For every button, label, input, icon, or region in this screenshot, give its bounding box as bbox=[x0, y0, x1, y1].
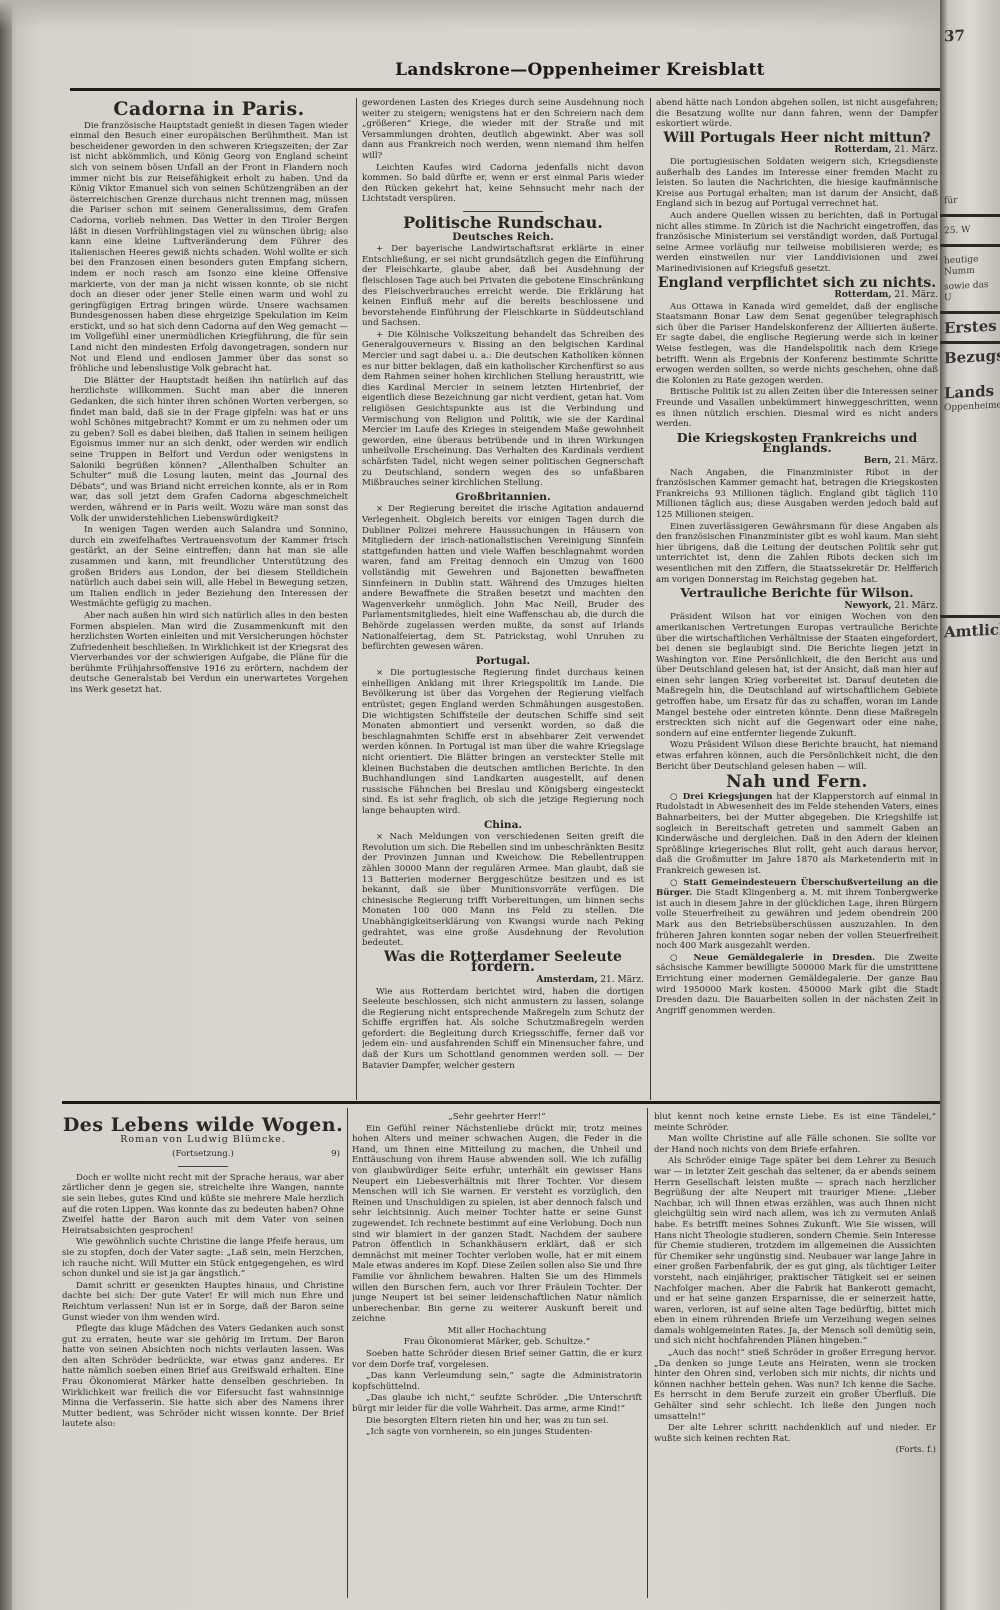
headline-kriegskosten: Die Kriegskosten Frankreichs und England… bbox=[656, 433, 938, 454]
dateline: Rotterdam, 21. März. bbox=[656, 290, 938, 301]
novel-author: Roman von Ludwig Blümcke. bbox=[62, 1135, 344, 1146]
masthead: Landskrone—Oppenheimer Kreisblatt bbox=[70, 60, 940, 94]
novel-title: Des Lebens wilde Wogen. bbox=[62, 1120, 344, 1131]
binding-edge bbox=[0, 0, 12, 1610]
paragraph: Britische Politik ist zu allen Zeiten üb… bbox=[656, 387, 938, 429]
paragraph: Aus Ottawa in Kanada wird gemeldet, daß … bbox=[656, 302, 938, 387]
news-item: × Der Regierung bereitet die irische Agi… bbox=[362, 504, 644, 652]
column-cadorna: Cadorna in Paris. Die französische Haupt… bbox=[70, 98, 348, 1100]
paragraph: Damit schritt er gesenkten Hauptes hinau… bbox=[62, 1281, 344, 1323]
subsection-title: China. bbox=[362, 820, 644, 831]
column-divider bbox=[347, 1108, 348, 1598]
news-item: × Die portugiesische Regierung findet du… bbox=[362, 668, 644, 816]
paragraph: Man wollte Christine auf alle Fälle scho… bbox=[654, 1134, 936, 1155]
continuation-text: gewordenen Lasten des Krieges durch sein… bbox=[362, 98, 644, 162]
letter-closing: Mit aller Hochachtung bbox=[352, 1326, 642, 1337]
novel-column-2: „Sehr geehrter Herr!“ Ein Gefühl reiner … bbox=[352, 1112, 642, 1598]
continuation-label: (Fortsetzung.) 9) bbox=[62, 1149, 344, 1160]
paragraph: Nach Angaben, die Finanzminister Ribot i… bbox=[656, 468, 938, 521]
neighbor-fragment: Amtlich bbox=[940, 622, 1000, 640]
masthead-rule bbox=[70, 88, 940, 91]
feuilleton-divider bbox=[62, 1101, 940, 1104]
headline-england: England verpflichtet sich zu nichts. bbox=[656, 278, 938, 289]
divider bbox=[178, 1166, 228, 1167]
news-item: + Der bayerische Landwirtschaftsrat erkl… bbox=[362, 244, 644, 329]
paragraph: Doch er wollte nicht recht mit der Sprac… bbox=[62, 1173, 344, 1237]
paragraph: blut kennt noch keine ernste Liebe. Es i… bbox=[654, 1112, 936, 1133]
paragraph: Die französische Hauptstadt genießt in d… bbox=[70, 121, 348, 375]
section-divider bbox=[463, 211, 543, 212]
section-title-politische-rundschau: Politische Rundschau. bbox=[362, 218, 644, 229]
paragraph: Einen zuverlässigeren Gewährsmann für di… bbox=[656, 522, 938, 586]
local-news-item: ○ Drei Kriegsjungen hat der Klapperstorc… bbox=[656, 792, 938, 877]
paragraph: Die Blätter der Hauptstadt heißen ihn na… bbox=[70, 376, 348, 524]
column-divider bbox=[356, 98, 357, 1100]
news-item: × Nach Meldungen von verschiedenen Seite… bbox=[362, 832, 644, 949]
paragraph: Aber nach außen hin wird sich natürlich … bbox=[70, 611, 348, 696]
paragraph: „Das kann Verleumdung sein,“ sagte die A… bbox=[352, 1371, 642, 1392]
neighbor-fragment: Erstes bbox=[940, 318, 1000, 336]
to-be-continued: (Forts. f.) bbox=[654, 1445, 936, 1456]
subsection-title: Deutsches Reich. bbox=[362, 232, 644, 243]
neighbor-page-edge: 37 für 25. W heutige Numm sowie das U Er… bbox=[940, 0, 1000, 1610]
newspaper-page: Landskrone—Oppenheimer Kreisblatt Cadorn… bbox=[0, 0, 960, 1610]
paragraph: Wozu Präsident Wilson diese Berichte bra… bbox=[656, 740, 938, 772]
neighbor-fragment: heutige Numm bbox=[940, 251, 1000, 280]
dateline: Amsterdam, 21. März. bbox=[362, 975, 644, 986]
paragraph: Wie gewöhnlich suchte Christine die lang… bbox=[62, 1237, 344, 1279]
headline-cadorna: Cadorna in Paris. bbox=[70, 104, 348, 115]
column-divider bbox=[647, 1108, 648, 1598]
paragraph: „Das glaube ich nicht,“ seufzte Schröder… bbox=[352, 1393, 642, 1414]
paragraph: „Auch das noch!“ stieß Schröder in große… bbox=[654, 1348, 936, 1422]
page-shadow bbox=[0, 0, 960, 30]
headline-rotterdam-seeleute: Was die Rotterdamer Seeleute fordern. bbox=[362, 952, 644, 973]
paragraph: Als Schröder einige Tage später bei dem … bbox=[654, 1156, 936, 1347]
paragraph: Ein Gefühl reiner Nächstenliebe drückt m… bbox=[352, 1124, 642, 1325]
local-news-item: ○ Neue Gemäldegalerie in Dresden. Die Zw… bbox=[656, 953, 938, 1017]
novel-column-1: Des Lebens wilde Wogen. Roman von Ludwig… bbox=[62, 1108, 344, 1598]
letter-salutation: „Sehr geehrter Herr!“ bbox=[352, 1112, 642, 1123]
headline-portugal-heer: Will Portugals Heer nicht mittun? bbox=[656, 133, 938, 144]
paragraph: Präsident Wilson hat vor einigen Wochen … bbox=[656, 612, 938, 739]
paragraph: Die besorgten Eltern rieten hin und her,… bbox=[352, 1416, 642, 1427]
paragraph: Soeben hatte Schröder diesen Brief seine… bbox=[352, 1349, 642, 1370]
novel-column-3: blut kennt noch keine ernste Liebe. Es i… bbox=[654, 1112, 936, 1598]
paragraph: Wie aus Rotterdam berichtet wird, haben … bbox=[362, 987, 644, 1072]
continuation-text: abend hätte nach London abgehen sollen, … bbox=[656, 98, 938, 130]
paragraph: Leichten Kaufes wird Cadorna jedenfalls … bbox=[362, 163, 644, 205]
neighbor-page-number: 37 bbox=[940, 26, 1000, 44]
subsection-title: Großbritannien. bbox=[362, 492, 644, 503]
paragraph: Auch andere Quellen wissen zu berichten,… bbox=[656, 211, 938, 275]
neighbor-fragment: Bezugs- bbox=[940, 348, 1000, 366]
neighbor-fragment: für bbox=[940, 191, 1000, 209]
subsection-title: Portugal. bbox=[362, 656, 644, 667]
paragraph: Der alte Lehrer schritt nachdenklich auf… bbox=[654, 1423, 936, 1444]
dateline: Newyork, 21. März. bbox=[656, 601, 938, 612]
column-news: abend hätte nach London abgehen sollen, … bbox=[656, 98, 938, 1100]
part-number: 9) bbox=[331, 1149, 340, 1160]
newspaper-title: Landskrone—Oppenheimer Kreisblatt bbox=[70, 60, 940, 80]
paragraph: Die portugiesischen Soldaten weigern sic… bbox=[656, 157, 938, 210]
paragraph: In wenigen Tagen werden auch Salandra un… bbox=[70, 525, 348, 610]
neighbor-fragment: sowie das U bbox=[940, 277, 1000, 306]
headline-wilson: Vertrauliche Berichte für Wilson. bbox=[656, 588, 938, 599]
section-title-nah-und-fern: Nah und Fern. bbox=[656, 777, 938, 788]
column-rundschau: gewordenen Lasten des Krieges durch sein… bbox=[362, 98, 644, 1100]
column-divider bbox=[650, 98, 651, 1100]
news-item: + Die Kölnische Volkszeitung behandelt d… bbox=[362, 330, 644, 489]
neighbor-fragment: 25. W bbox=[940, 221, 1000, 239]
letter-signature: Frau Ökonomierat Märker, geb. Schultze.“ bbox=[352, 1337, 642, 1348]
neighbor-fragment: Oppenheime bbox=[940, 398, 1000, 416]
paragraph: „Ich sagte von vornherein, so ein junges… bbox=[352, 1427, 642, 1438]
dateline: Bern, 21. März. bbox=[656, 456, 938, 467]
local-news-item: ○ Statt Gemeindesteuern Überschußverteil… bbox=[656, 878, 938, 952]
dateline: Rotterdam, 21. März. bbox=[656, 145, 938, 156]
paragraph: Pflegte das kluge Mädchen des Vaters Ged… bbox=[62, 1324, 344, 1430]
